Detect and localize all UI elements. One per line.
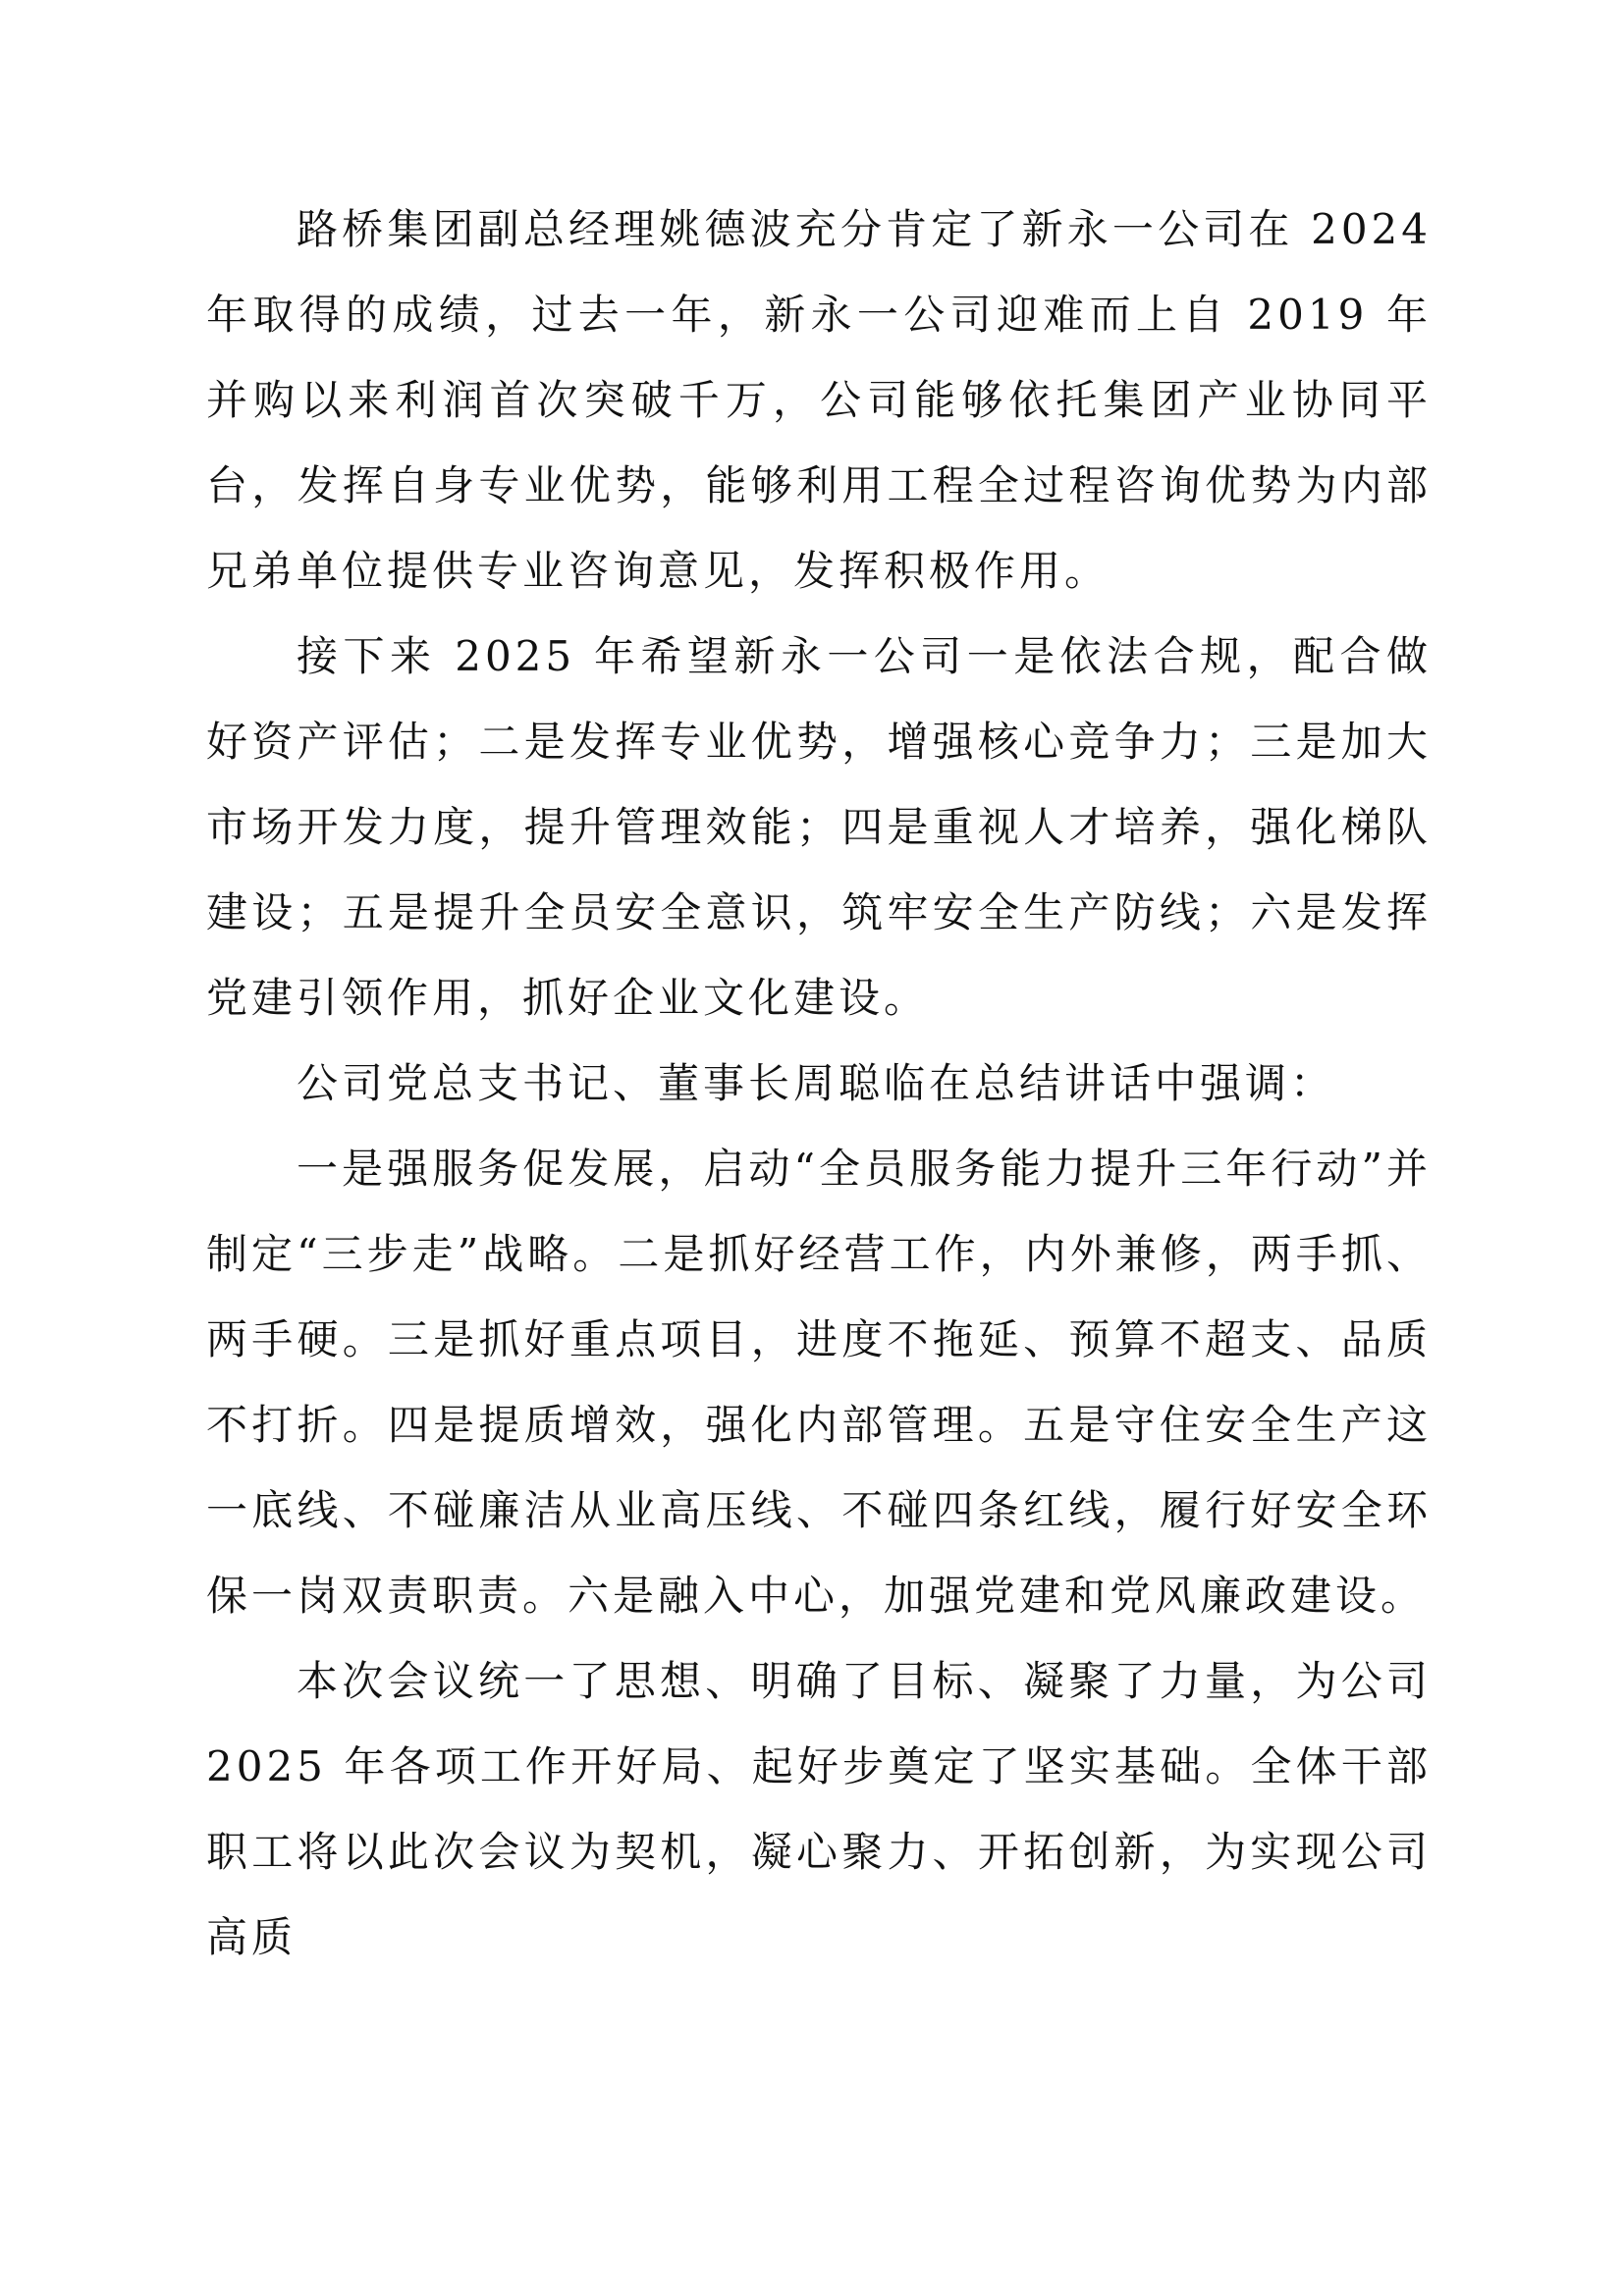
paragraph-group-leader-remarks: 路桥集团副总经理姚德波充分肯定了新永一公司在 2024 年取得的成绩，过去一年，… xyxy=(206,187,1432,614)
paragraph-2025-expectations: 接下来 2025 年希望新永一公司一是依法合规，配合做好资产评估；二是发挥专业优… xyxy=(206,614,1432,1041)
paragraph-meeting-conclusion: 本次会议统一了思想、明确了目标、凝聚了力量，为公司 2025 年各项工作开好局、… xyxy=(206,1638,1432,1980)
document-page: 路桥集团副总经理姚德波充分肯定了新永一公司在 2024 年取得的成绩，过去一年，… xyxy=(206,187,1432,1980)
paragraph-chairman-six-points: 一是强服务促发展，启动“全员服务能力提升三年行动”并制定“三步走”战略。二是抓好… xyxy=(206,1126,1432,1638)
paragraph-chairman-intro: 公司党总支书记、董事长周聪临在总结讲话中强调： xyxy=(206,1041,1432,1126)
